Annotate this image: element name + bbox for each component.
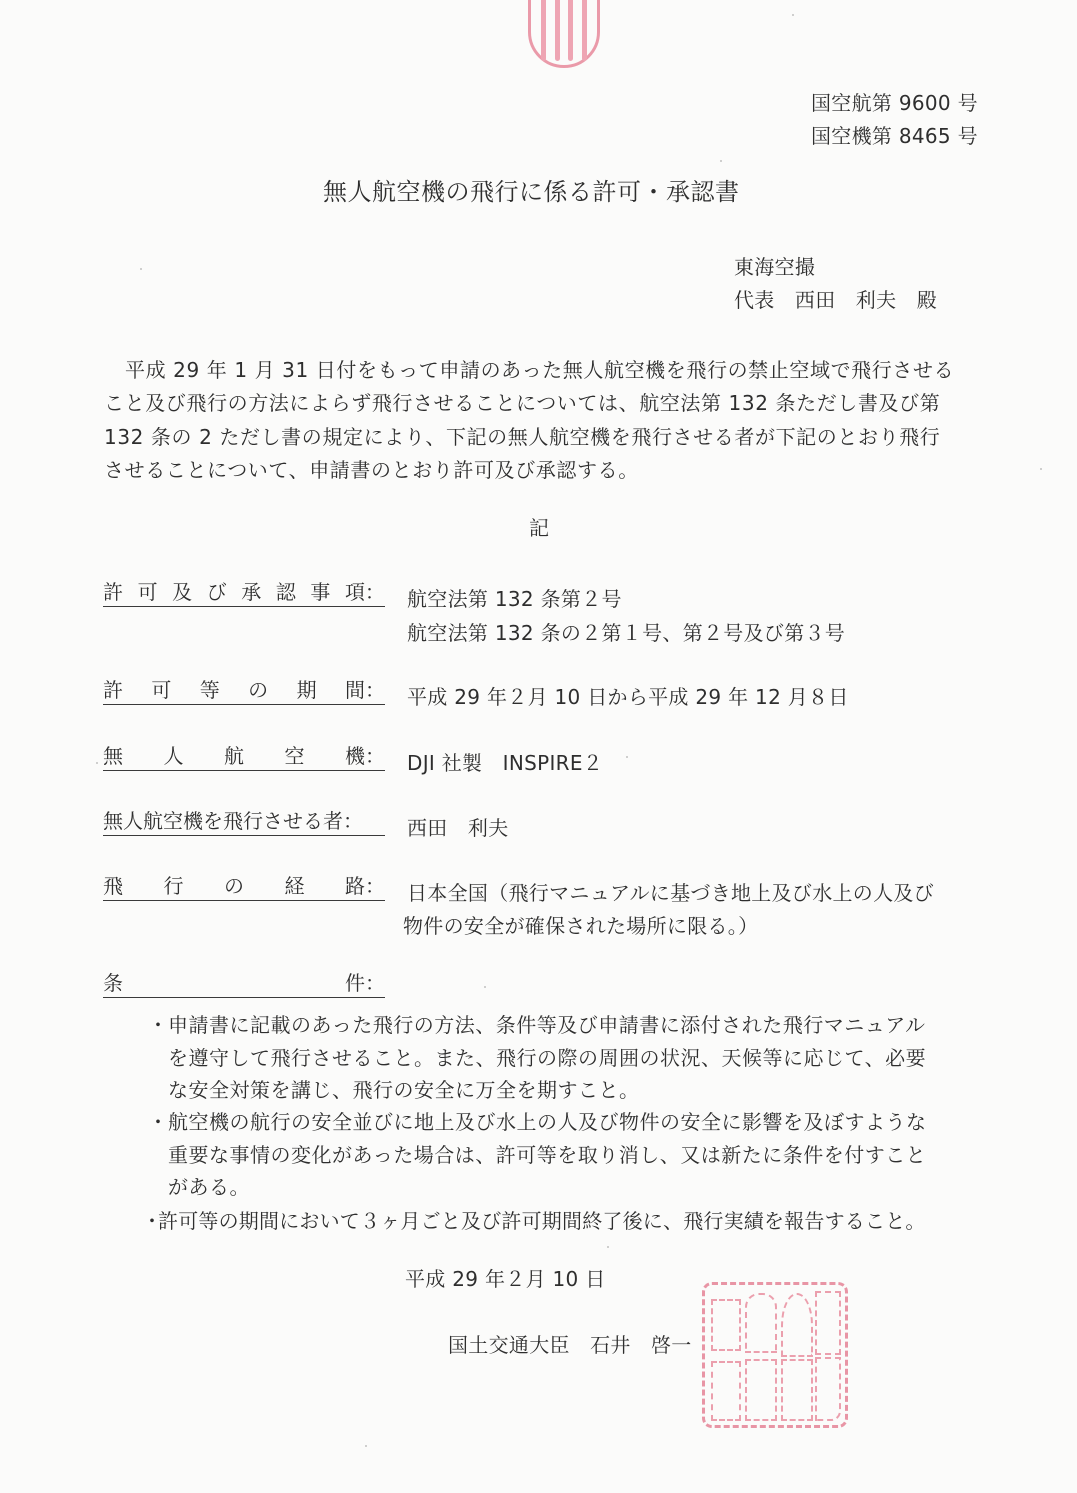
scan-speck <box>720 160 722 162</box>
condition-2-line-2: 重要な事情の変化があった場合は、許可等を取り消し、又は新たに条件を付すこと <box>168 1139 926 1168</box>
condition-3-line-1: 許可等の期間において３ヶ月ごと及び許可期間終了後に、飛行実績を報告すること。 <box>158 1205 926 1234</box>
label-char: 間： <box>345 678 385 704</box>
document-title: 無人航空機の飛行に係る許可・承認書 <box>323 172 740 207</box>
label-flight-route: 飛 行 の 経 路： <box>103 874 385 901</box>
ki-heading: 記 <box>529 518 549 538</box>
label-operator: 無人航空機を飛行させる者： <box>103 809 385 836</box>
label-char: 等 <box>200 678 220 704</box>
label-char: 空 <box>285 744 305 770</box>
label-permission-period: 許 可 等 の 期 間： <box>103 678 385 705</box>
scan-speck <box>792 14 794 16</box>
condition-1-bullet: ・ <box>148 1009 169 1038</box>
label-char: 許 <box>103 678 123 704</box>
label-char: 飛 <box>103 874 123 900</box>
body-line-1: 平成 29 年 1 月 31 日付をもって申請のあった無人航空機を飛行の禁止空域… <box>125 354 954 383</box>
label-char: 無 <box>103 744 123 770</box>
value-flight-route-1: 日本全国（飛行マニュアルに基づき地上及び水上の人及び <box>407 877 934 906</box>
body-line-3: 132 条の 2 ただし書の規定により、下記の無人航空機を飛行させる者が下記のと… <box>104 421 940 450</box>
label-char: 航 <box>224 744 244 770</box>
label-char: 期 <box>297 678 317 704</box>
scan-speck <box>96 762 98 764</box>
label-char: 許 <box>103 580 123 606</box>
label-char: の <box>224 874 244 900</box>
label-char: 及 <box>172 580 192 606</box>
issue-date: 平成 29 年２月 10 日 <box>405 1269 606 1289</box>
body-line-2: こと及び飛行の方法によらず飛行させることについては、航空法第 132 条ただし書… <box>104 387 940 416</box>
condition-2-line-1: 航空機の航行の安全並びに地上及び水上の人及び物件の安全に影響を及ぼすような <box>168 1106 927 1135</box>
label-conditions: 条 件： <box>103 971 385 998</box>
condition-1-line-3: な安全対策を講じ、飛行の安全に万全を期すこと。 <box>168 1074 640 1103</box>
label-char: 承 <box>241 580 261 606</box>
issuer-name: 国土交通大臣 石井 啓一 <box>448 1335 692 1355</box>
value-flight-route-2: 物件の安全が確保された場所に限る。） <box>403 910 758 939</box>
label-aircraft: 無 人 航 空 機： <box>103 744 385 771</box>
value-permission-item-2: 航空法第 132 条の２第１号、第２号及び第３号 <box>407 617 845 646</box>
label-char: 経 <box>285 874 305 900</box>
reference-number-koku: 国空航第 9600 号 <box>811 93 978 113</box>
scan-speck <box>1040 468 1042 470</box>
recipient-company: 東海空撮 <box>734 257 815 277</box>
value-aircraft: DJI 社製 INSPIRE２ <box>407 747 603 776</box>
label-char: 条 <box>103 971 123 997</box>
label-char: び <box>207 580 227 606</box>
condition-1-line-2: を遵守して飛行させること。また、飛行の際の周囲の状況、天候等に応じて、必要 <box>168 1042 926 1071</box>
scan-speck <box>607 1246 609 1248</box>
label-char: 無人航空機を飛行させる者： <box>103 809 363 835</box>
label-char: 項： <box>345 580 385 606</box>
label-char: 機： <box>345 744 385 770</box>
reference-number-kiki: 国空機第 8465 号 <box>811 126 978 146</box>
body-line-4: させることについて、申請書のとおり許可及び承認する。 <box>104 454 639 483</box>
label-permission-items: 許 可 及 び 承 認 事 項： <box>103 580 385 607</box>
label-char: 事 <box>310 580 330 606</box>
scan-speck <box>365 1445 367 1447</box>
value-permission-period: 平成 29 年２月 10 日から平成 29 年 12 月８日 <box>407 681 849 710</box>
condition-1-line-1: 申請書に記載のあった飛行の方法、条件等及び申請書に添付された飛行マニュアル <box>168 1009 926 1038</box>
top-seal-stamp <box>528 0 600 68</box>
label-char: 路： <box>345 874 385 900</box>
label-char: 行 <box>164 874 184 900</box>
recipient-representative: 代表 西田 利夫 殿 <box>734 290 937 310</box>
scan-speck <box>140 268 142 270</box>
value-operator: 西田 利夫 <box>407 812 509 841</box>
label-char: 件： <box>345 971 385 997</box>
label-char: 可 <box>151 678 171 704</box>
label-char: 可 <box>138 580 158 606</box>
scan-speck <box>484 986 486 988</box>
label-char: 人 <box>164 744 184 770</box>
condition-2-line-3: がある。 <box>168 1171 250 1200</box>
label-char: の <box>248 678 268 704</box>
minister-official-seal <box>702 1282 848 1428</box>
label-char: 認 <box>276 580 296 606</box>
scan-speck <box>626 756 628 758</box>
condition-2-bullet: ・ <box>148 1106 169 1135</box>
value-permission-item-1: 航空法第 132 条第２号 <box>407 583 622 612</box>
